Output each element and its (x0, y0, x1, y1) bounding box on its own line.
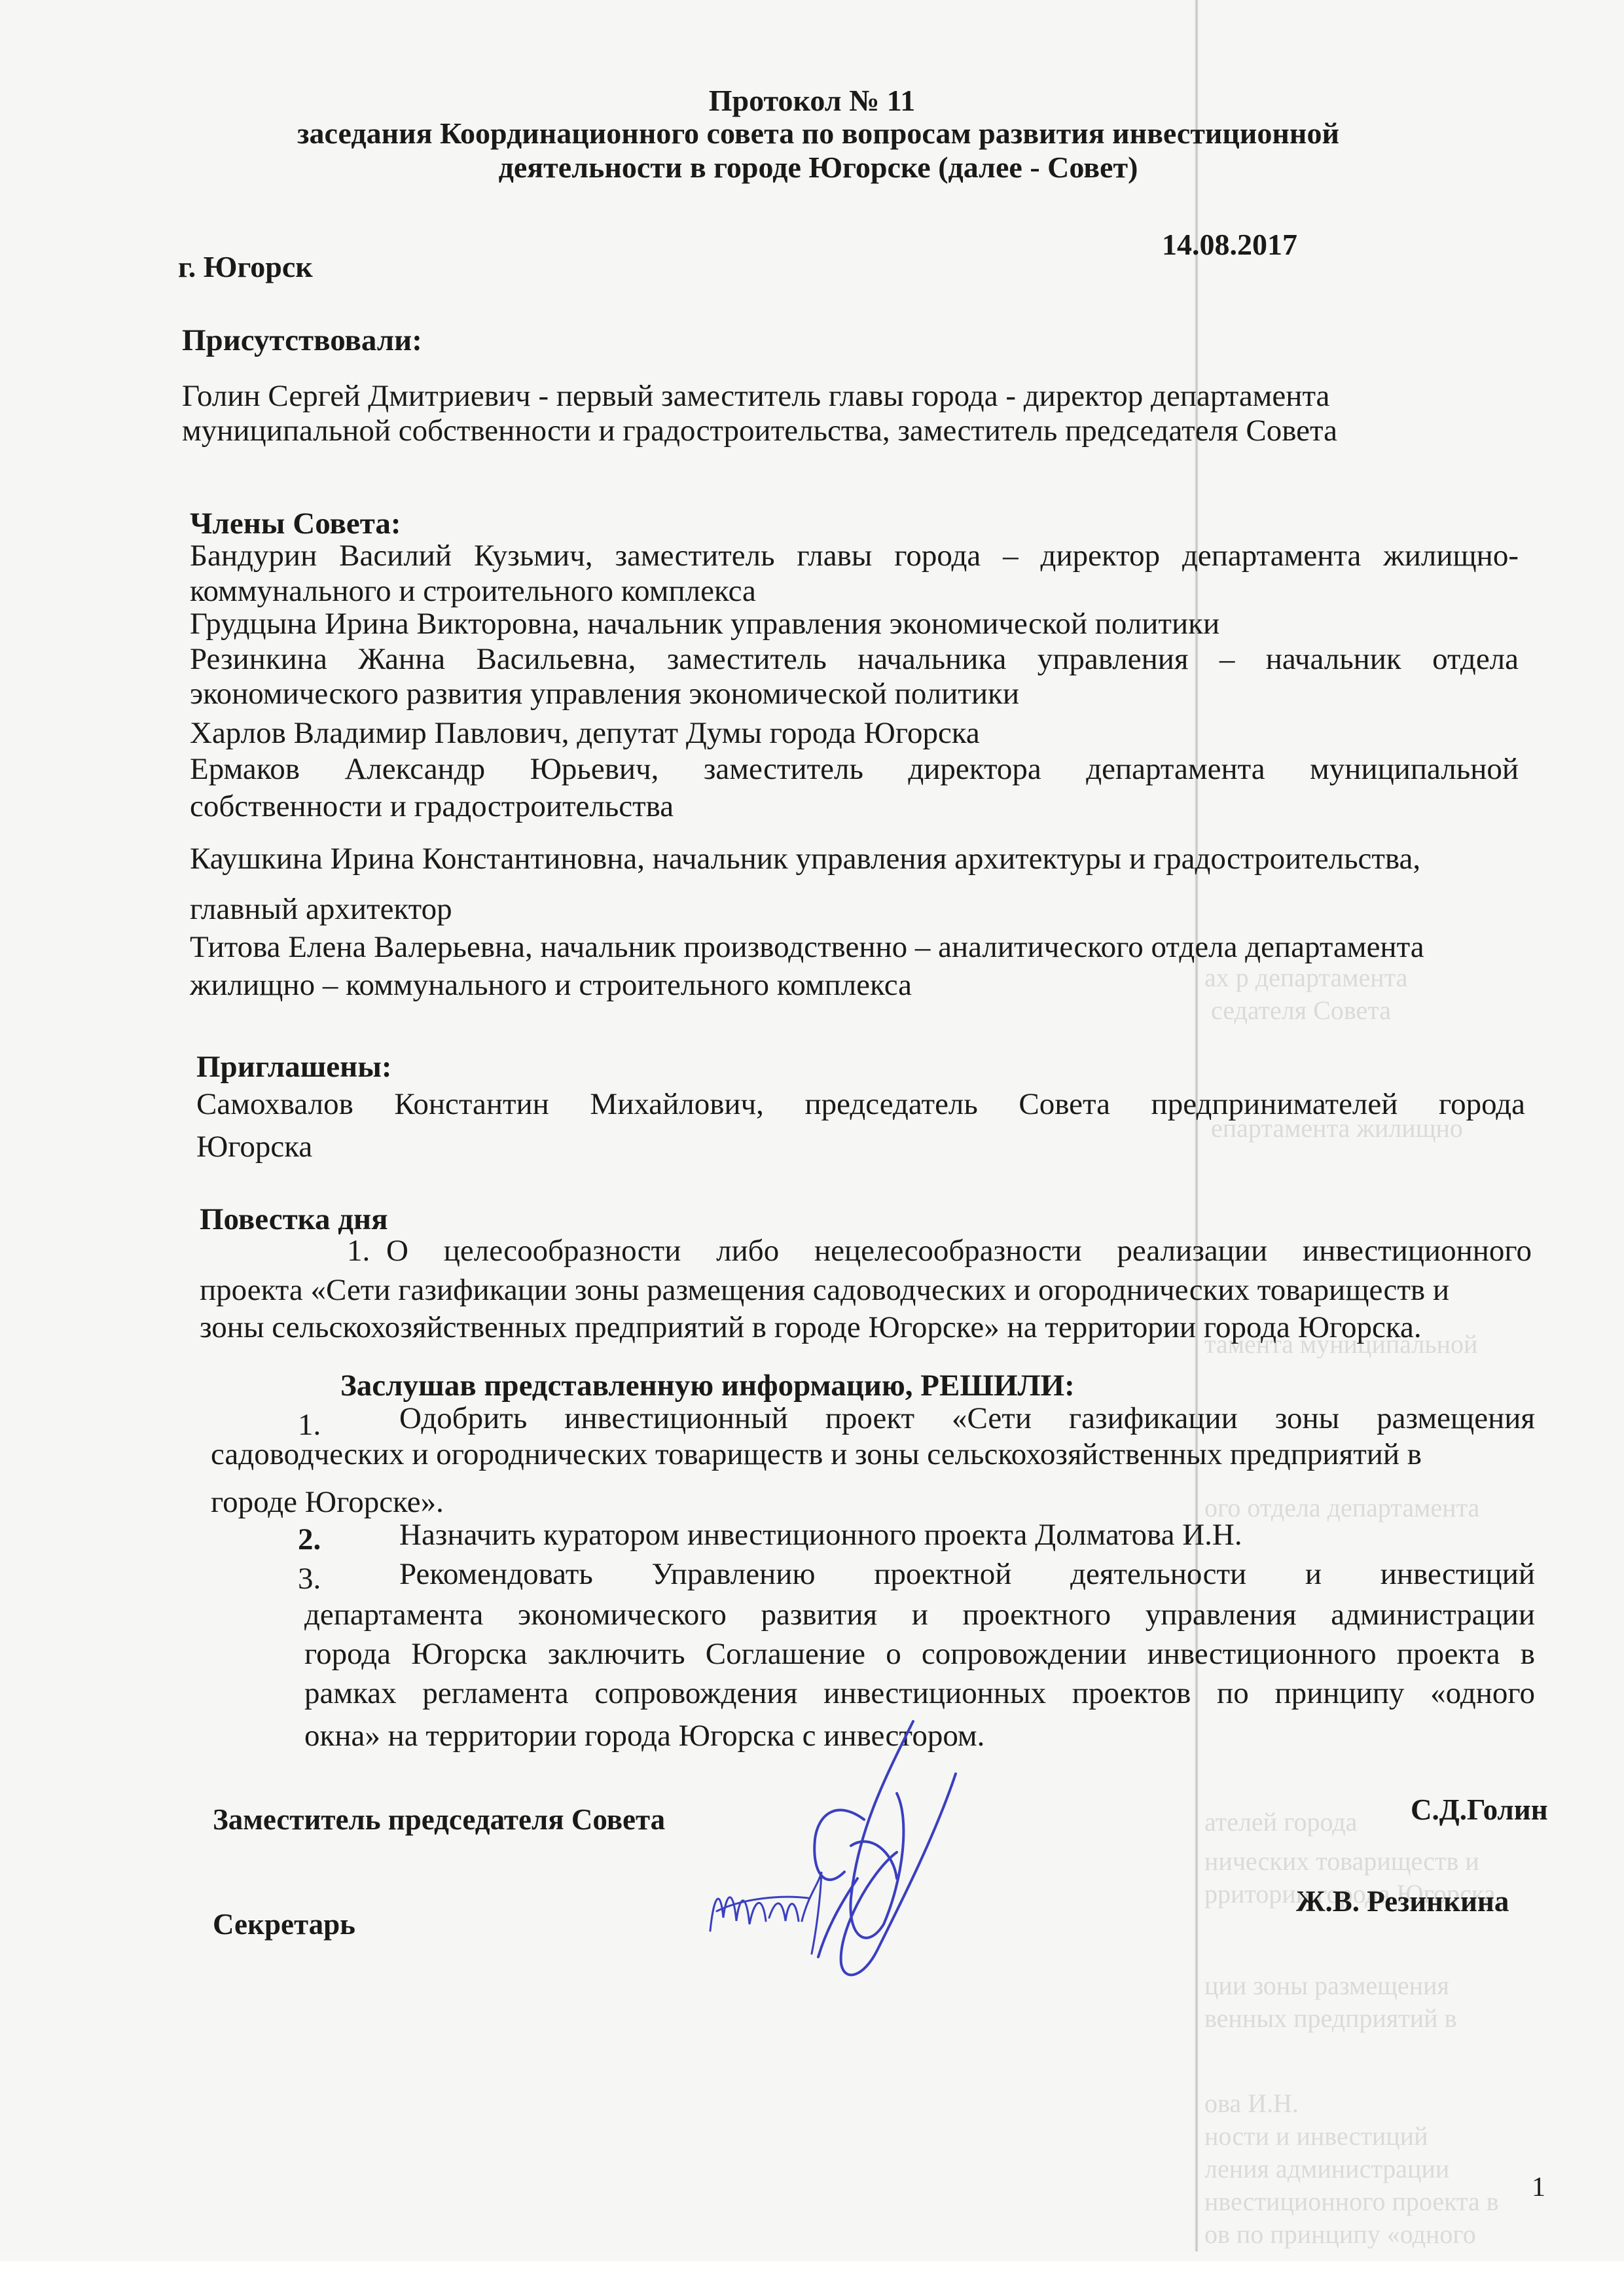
bleed-through-text: ателей города (1204, 1806, 1357, 1837)
decision-line: городе Югорске». (211, 1484, 444, 1520)
bleed-through-text: ах р департамента (1204, 962, 1407, 993)
deputy-chairman-name: С.Д.Голин (1411, 1793, 1548, 1827)
member-line: собственности и градостроительства (190, 789, 674, 824)
invited-line: Самохвалов Константин Михайлович, предсе… (196, 1086, 1525, 1122)
member-line: Резинкина Жанна Васильевна, заместитель … (190, 641, 1519, 677)
secretary-role: Секретарь (213, 1908, 355, 1942)
agenda-line: О целесообразности либо нецелесообразнос… (386, 1233, 1532, 1268)
decision-number: 2. (298, 1522, 321, 1557)
bleed-through-text: седателя Совета (1211, 995, 1391, 1026)
bleed-through-text: ов по принципу «одного (1204, 2219, 1476, 2250)
agenda-line: зоны сельскохозяйственных предприятий в … (200, 1310, 1422, 1345)
page-number: 1 (1532, 2172, 1545, 2203)
meeting-city: г. Югорск (178, 250, 313, 285)
document-subtitle-line-2: деятельности в городе Югорске (далее - С… (196, 151, 1440, 185)
bleed-through-text: нических товариществ и (1204, 1846, 1479, 1876)
decision-line: Рекомендовать Управлению проектной деяте… (399, 1556, 1535, 1592)
invited-heading: Приглашены: (196, 1049, 392, 1085)
bleed-through-text: ления администрации (1204, 2153, 1449, 2184)
bleed-through-text: ого отдела департамента (1204, 1492, 1479, 1523)
present-line: муниципальной собственности и градострои… (182, 413, 1337, 448)
fold-line (1195, 0, 1199, 2251)
members-heading: Члены Совета: (190, 506, 401, 541)
decision-line: города Югорска заключить Соглашение о со… (304, 1636, 1535, 1672)
bleed-through-text: венных предприятий в (1204, 2003, 1456, 2034)
document-title: Протокол № 11 (0, 84, 1624, 118)
secretary-name: Ж.В. Резинкина (1296, 1885, 1509, 1919)
deputy-chairman-role: Заместитель председателя Совета (213, 1803, 665, 1837)
member-line: главный архитектор (190, 891, 452, 927)
member-line: Бандурин Василий Кузьмич, заместитель гл… (190, 538, 1519, 573)
decision-number: 3. (298, 1561, 321, 1596)
agenda-heading: Повестка дня (200, 1202, 388, 1237)
invited-line: Югорска (196, 1129, 312, 1164)
member-line: Титова Елена Валерьевна, начальник произ… (190, 929, 1424, 965)
bleed-through-text: ности и инвестиций (1204, 2121, 1428, 2151)
decision-heading: Заслушав представленную информацию, РЕШИ… (340, 1368, 1075, 1403)
member-line: экономического развития управления эконо… (190, 676, 1019, 711)
member-line: Ермаков Александр Юрьевич, заместитель д… (190, 751, 1519, 787)
agenda-line: проекта «Сети газификации зоны размещени… (200, 1272, 1449, 1308)
secretary-signature (704, 1859, 848, 1957)
member-line: Каушкина Ирина Константиновна, начальник… (190, 841, 1420, 876)
decision-line: Назначить куратором инвестиционного прое… (399, 1517, 1242, 1552)
member-line: Харлов Владимир Павлович, депутат Думы г… (190, 715, 980, 751)
bleed-through-text: ции зоны размещения (1204, 1970, 1449, 2001)
agenda-number: 1. (347, 1233, 370, 1268)
bleed-through-text: ова И.Н. (1204, 2088, 1299, 2119)
meeting-date: 14.08.2017 (1162, 228, 1297, 262)
decision-line: департамента экономического развития и п… (304, 1597, 1535, 1632)
member-line: жилищно – коммунального и строительного … (190, 967, 912, 1003)
member-line: коммунального и строительного комплекса (190, 573, 756, 609)
member-line: Грудцына Ирина Викторовна, начальник упр… (190, 606, 1219, 641)
scanned-page: ах р департамента седателя Совета епарта… (0, 0, 1624, 2251)
document-subtitle-line-1: заседания Координационного совета по воп… (196, 117, 1440, 151)
scan-margin (0, 2261, 1624, 2296)
bleed-through-text: нвестиционного проекта в (1204, 2186, 1499, 2217)
present-line: Голин Сергей Дмитриевич - первый замести… (182, 378, 1329, 414)
decision-line: садоводческих и огороднических товарищес… (211, 1437, 1422, 1472)
present-heading: Присутствовали: (182, 323, 422, 358)
decision-line: Одобрить инвестиционный проект «Сети газ… (399, 1401, 1535, 1436)
